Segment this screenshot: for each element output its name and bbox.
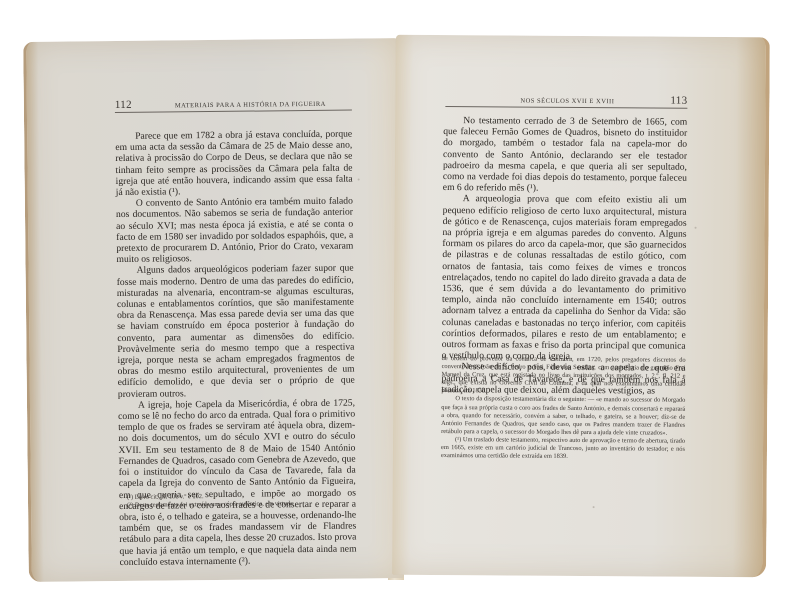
running-title: Nos Séculos XVII e XVIII bbox=[520, 98, 614, 106]
footnote: O texto da disposição testamentária diz … bbox=[441, 395, 685, 437]
paragraph: Parece que em 1782 a obra já estava conc… bbox=[115, 129, 353, 199]
paragraph: A igreja, hoje Capela da Misericórdia, é… bbox=[118, 397, 357, 568]
paper-spot bbox=[695, 227, 697, 229]
right-page: Nos Séculos XVII e XVIII 113 No testamen… bbox=[392, 35, 770, 578]
left-page-header: 112 Materiais para a História da Figueir… bbox=[115, 96, 352, 113]
running-title: Materiais para a História da Figueira bbox=[175, 101, 326, 110]
footnote: de ordem do provedor da comarca de Coimb… bbox=[441, 355, 685, 397]
left-page-footnotes: (¹) Livro cit., fl. 101 v.º e 102. (²) D… bbox=[127, 492, 349, 511]
paper-spot bbox=[593, 506, 595, 508]
open-book: 112 Materiais para a História da Figueir… bbox=[0, 0, 800, 603]
paragraph: No testamento cerrado de 3 de Setembro d… bbox=[443, 115, 688, 195]
paper-spot bbox=[358, 178, 360, 180]
right-page-footnotes: de ordem do provedor da comarca de Coimb… bbox=[441, 355, 686, 462]
paragraph: A arqueologia prova que com efeito exist… bbox=[442, 193, 687, 363]
page-number: 113 bbox=[670, 95, 687, 107]
paper-spot bbox=[281, 544, 283, 546]
page-number: 112 bbox=[115, 99, 132, 111]
footnote: (¹) Um traslado deste testamento, respec… bbox=[441, 436, 685, 462]
paragraph: Alguns dados arqueológicos poderiam faze… bbox=[117, 263, 355, 400]
paragraph: O convento de Santo António era também m… bbox=[116, 196, 354, 266]
right-page-header: Nos Séculos XVII e XVIII 113 bbox=[445, 92, 687, 109]
left-page: 112 Materiais para a História da Figueir… bbox=[23, 38, 404, 582]
